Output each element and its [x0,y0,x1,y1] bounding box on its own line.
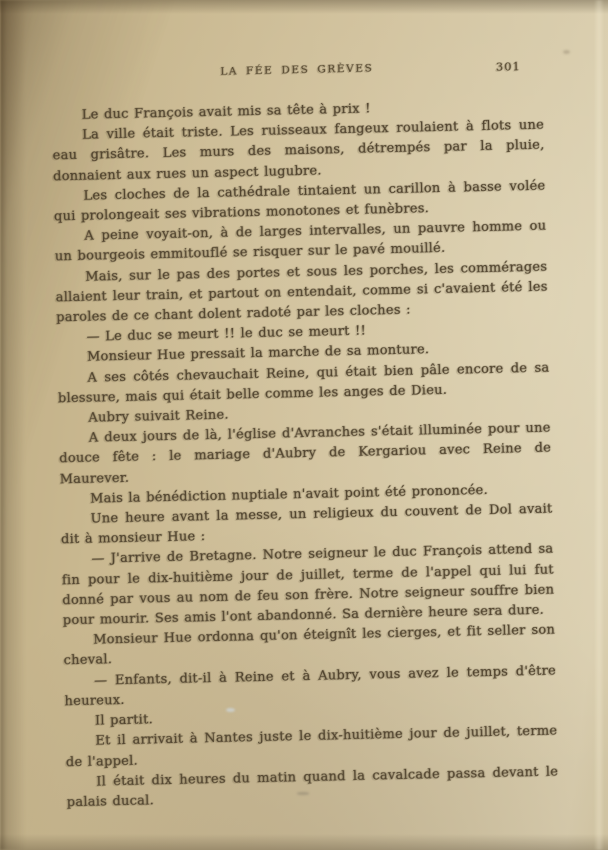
bottom-edge-shadow [0,834,608,850]
page-curl-shadow [0,0,608,850]
scanned-book-page: LA FÉE DES GRÈVES 301 Le duc François av… [0,0,608,850]
top-edge-shadow [0,0,608,14]
page-edge-highlight [594,0,604,850]
paper-speck [297,792,309,795]
paper-speck [226,708,235,712]
paper-speck [563,50,570,54]
